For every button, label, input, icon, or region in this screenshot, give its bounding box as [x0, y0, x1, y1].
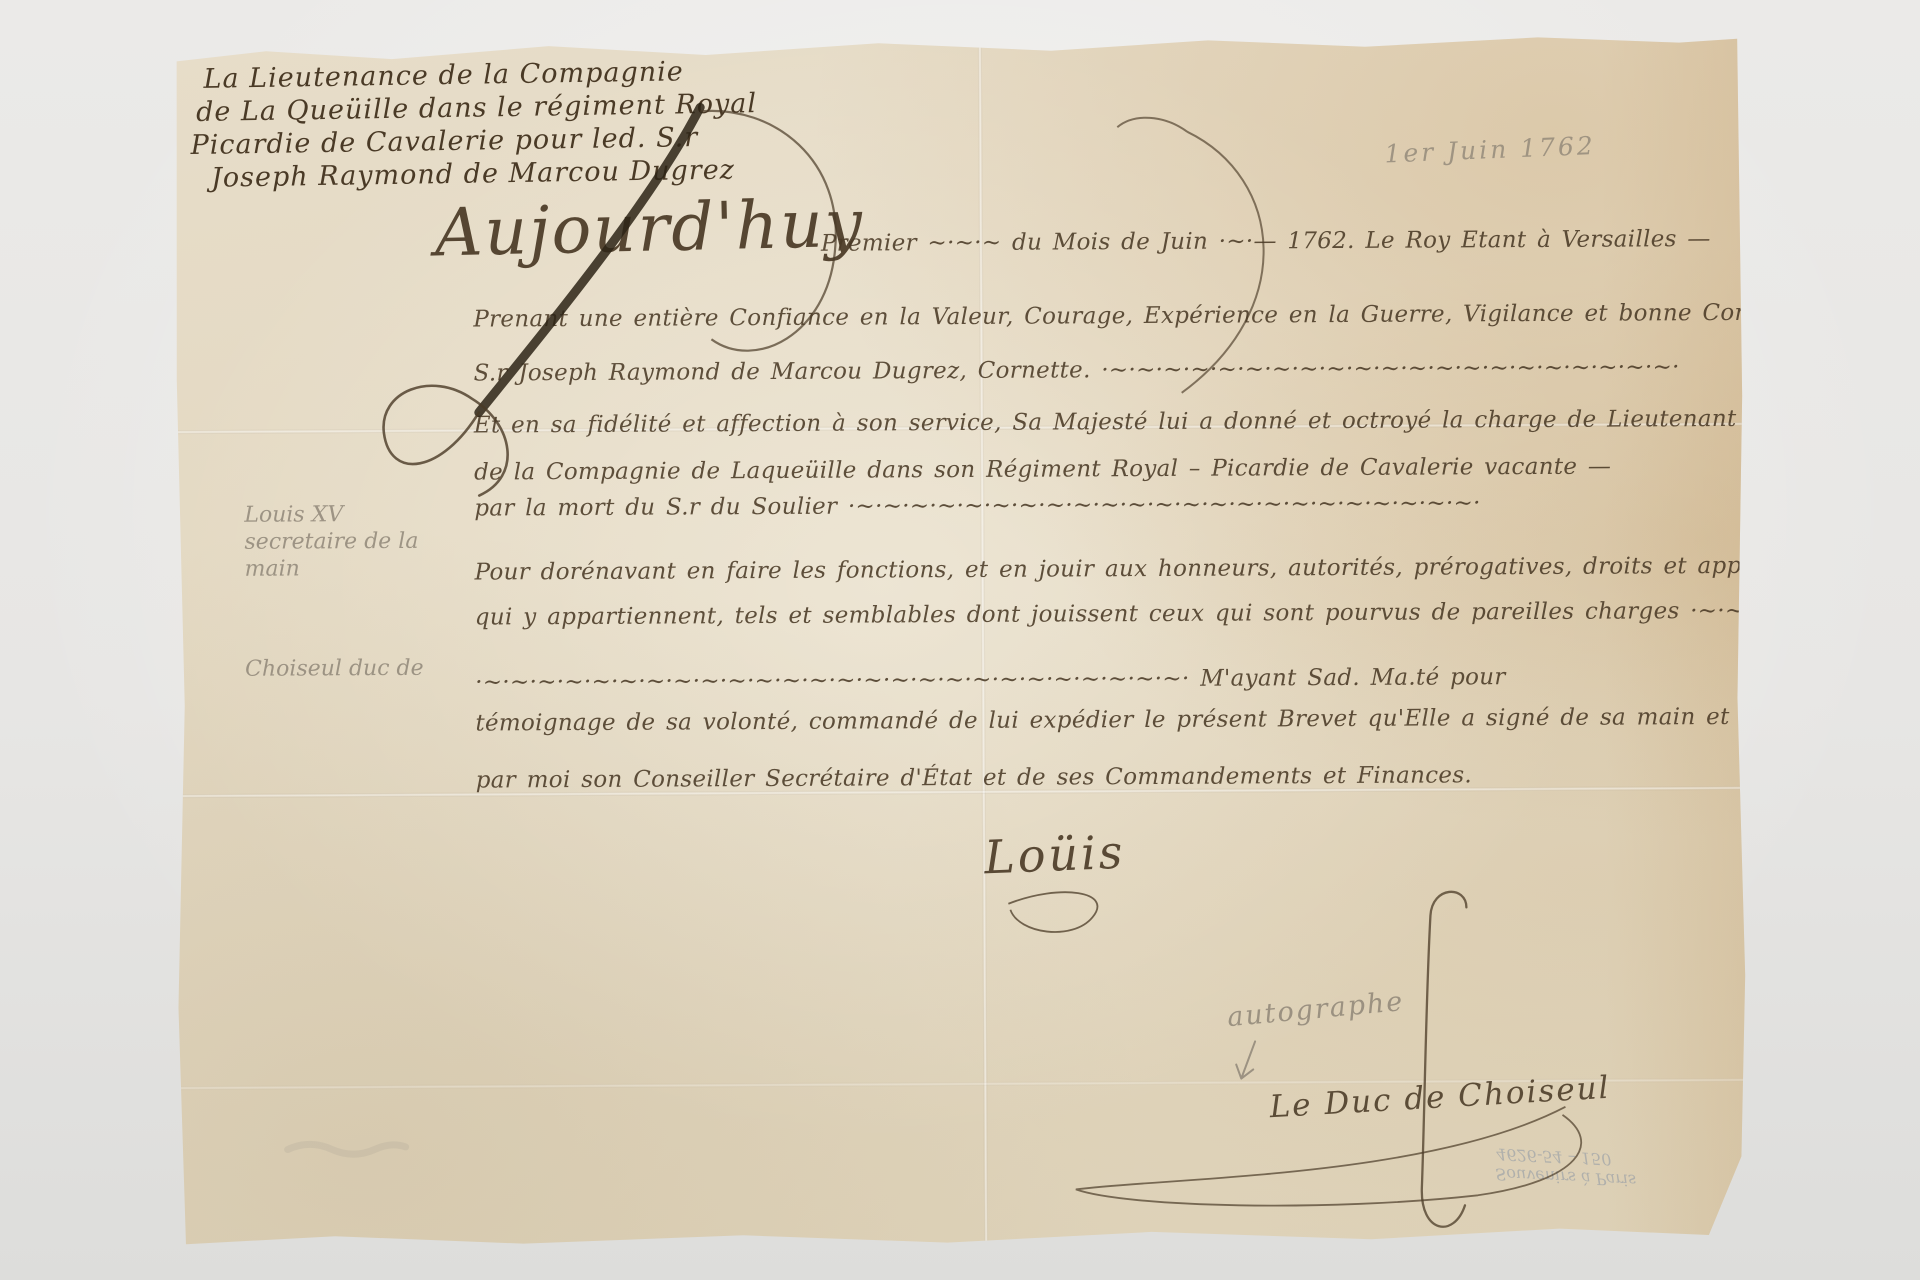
- body-line-7: Pour dorénavant en faire les fonctions, …: [475, 552, 1875, 585]
- body-line-9: ·~·~·~·~·~·~·~·~·~·~·~·~·~·~·~·~·~·~·~·~…: [475, 664, 1506, 695]
- margin-note-louis-xv: Louis XV secretaire de la main: [244, 501, 418, 583]
- margin-note-line-1: Louis XV: [244, 501, 418, 529]
- photo-background: La Lieutenance de la Compagnie de La Que…: [0, 0, 1920, 1280]
- opening-word: Aujourd'huy: [434, 185, 865, 272]
- body-line-3: S.r Joseph Raymond de Marcou Dugrez, Cor…: [474, 354, 1680, 386]
- pencil-smudge: [288, 1144, 406, 1155]
- margin-note-choiseul: Choiseul duc de: [245, 655, 424, 683]
- pen-flourishes: [172, 34, 1748, 1249]
- body-line-2: Prenant une entière Confiance en la Vale…: [473, 299, 1851, 332]
- body-line-6: par la mort du S.r du Soulier ·~·~·~·~·~…: [474, 490, 1481, 521]
- pen-trial-stroke: [1420, 892, 1468, 1227]
- parchment-document: La Lieutenance de la Compagnie de La Que…: [172, 34, 1748, 1249]
- margin-note-line-3: main: [245, 555, 419, 583]
- autograph-pencil-note: autographe: [1226, 986, 1406, 1033]
- vertical-fold-crease: [978, 38, 988, 1245]
- verso-show-through-inscription: Souvenirs à Paris 4626-54 – 150: [1495, 1144, 1638, 1191]
- pencil-date-annotation: 1er Juin 1762: [1384, 131, 1596, 168]
- body-line-11: par moi son Conseiller Secrétaire d'État…: [476, 762, 1472, 793]
- body-line-10: témoignage de sa volonté, commandé de lu…: [475, 703, 1920, 737]
- pencil-arrow-icon: [1236, 1041, 1255, 1078]
- calligraphic-right-swash: [1117, 117, 1264, 393]
- docket-title: La Lieutenance de la Compagnie de La Que…: [203, 54, 758, 195]
- signature-king: Loüis: [983, 825, 1126, 885]
- king-signature-paraph: [1008, 892, 1097, 932]
- margin-note-line-2: secretaire de la: [244, 528, 418, 556]
- body-line-1: Premier ~·~·~ du Mois de Juin ·~·— 1762.…: [821, 226, 1711, 257]
- signature-minister: Le Duc de Choiseul: [1269, 1070, 1612, 1126]
- body-line-5: de la Compagnie de Laqueüille dans son R…: [474, 454, 1611, 486]
- body-line-4: Et en sa fidélité et affection à son ser…: [474, 406, 1771, 439]
- body-line-8: qui y appartiennent, tels et semblables …: [475, 598, 1752, 631]
